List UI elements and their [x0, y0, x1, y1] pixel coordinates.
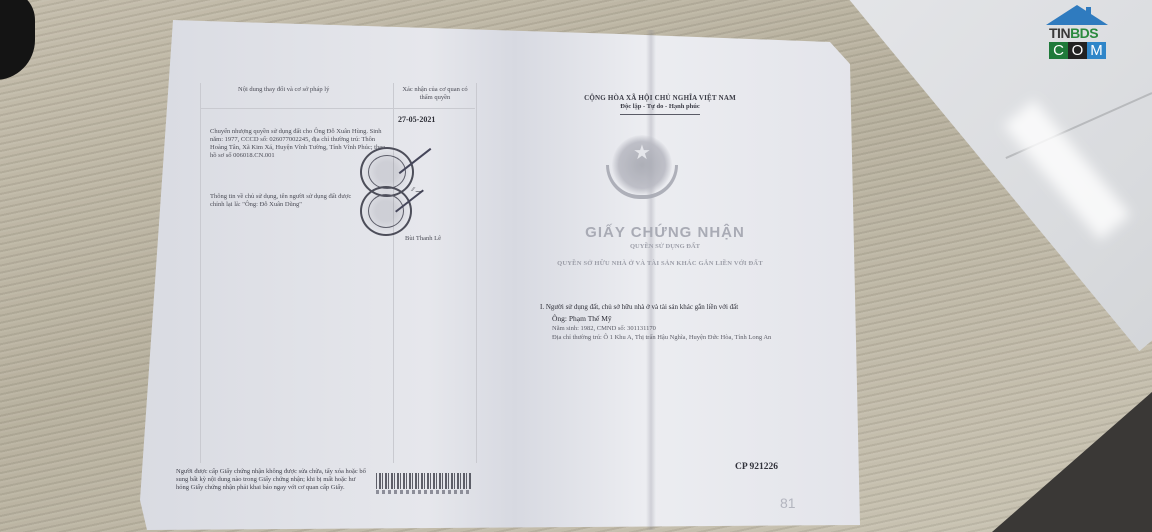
- column-header-confirmation: Xác nhận của cơ quan có thẩm quyền: [400, 86, 470, 102]
- national-motto: Độc lập - Tự do - Hạnh phúc: [540, 103, 780, 110]
- handwritten-mark: 81: [780, 495, 796, 511]
- national-title: CỘNG HÒA XÃ HỘI CHỦ NGHĨA VIỆT NAM: [540, 94, 780, 102]
- certificate-subtitle-1: QUYỀN SỬ DỤNG ĐẤT: [520, 243, 810, 250]
- official-stamp-2: [360, 186, 412, 236]
- signer-name: Bùi Thanh Lê: [405, 235, 441, 243]
- table-header-line: [200, 108, 475, 109]
- certificate-title: GIẤY CHỨNG NHẬN: [520, 224, 810, 241]
- table-divider: [393, 83, 394, 463]
- serial-number: CP 921226: [735, 462, 778, 472]
- section-1-heading: I. Người sử dụng đất, chủ sở hữu nhà ở v…: [540, 303, 738, 311]
- chimney-icon: [1086, 7, 1091, 17]
- owner-name: Ông: Phạm Thế Mỹ: [552, 314, 612, 323]
- change-entry-2: Thông tin về chủ sử dụng, tên người sử d…: [210, 193, 360, 209]
- motto-underline: [620, 114, 700, 115]
- owner-birth-id: Năm sinh: 1982, CMND số: 301131170: [552, 325, 812, 334]
- owner-address: Địa chỉ thường trú: Ô 1 Khu A, Thị trấn …: [552, 334, 812, 343]
- confirmation-date: 27-05-2021: [398, 116, 435, 124]
- barcode-icon: [376, 473, 471, 489]
- certificate-subtitle-2: QUYỀN SỞ HỮU NHÀ Ở VÀ TÀI SẢN KHÁC GẮN L…: [510, 260, 810, 267]
- logo-letter-c: C: [1049, 42, 1068, 59]
- barcode-number: [376, 490, 471, 494]
- logo-bds: BDS: [1070, 25, 1098, 41]
- tinbds-logo: TINBDS C O M: [1046, 5, 1108, 63]
- logo-text-top: TINBDS: [1049, 26, 1098, 40]
- column-header-changes: Nội dung thay đổi và cơ sở pháp lý: [238, 86, 378, 94]
- signature-scrawl: ⁄⁄ ﹏: [412, 186, 422, 194]
- logo-letter-m: M: [1087, 42, 1106, 59]
- house-roof-icon: [1046, 5, 1108, 25]
- national-emblem-icon: ★: [612, 135, 672, 195]
- star-icon: ★: [612, 143, 672, 163]
- logo-text-bottom: C O M: [1049, 42, 1106, 59]
- logo-letter-o: O: [1068, 42, 1087, 59]
- change-entry-1: Chuyển nhượng quyền sử dụng đất cho Ông …: [210, 128, 388, 160]
- footer-note: Người được cấp Giấy chứng nhận không đượ…: [176, 468, 366, 492]
- logo-tin: TIN: [1049, 25, 1070, 41]
